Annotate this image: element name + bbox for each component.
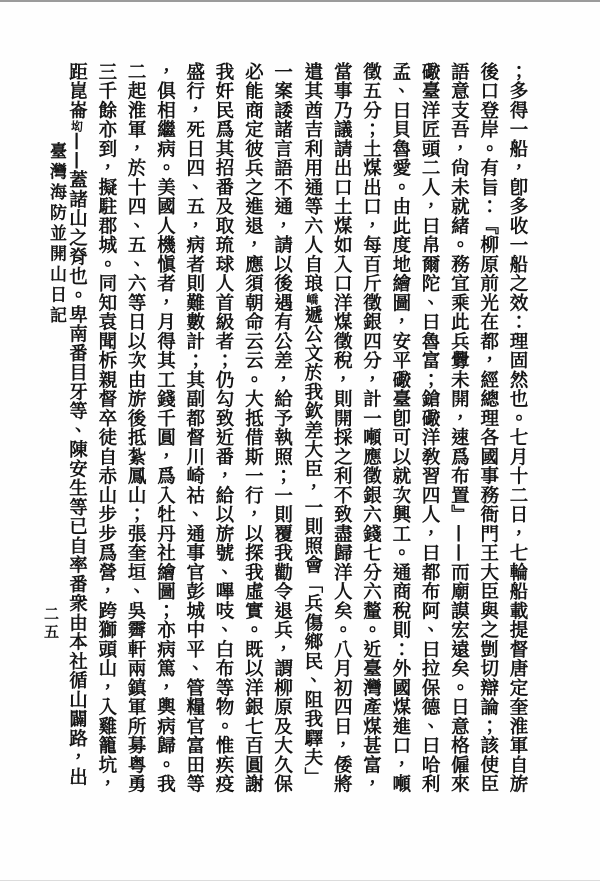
- inline-small-character: 㘭: [70, 120, 84, 132]
- text-column: 二起淮軍，於十四、五、六等日以次由旂後抵紮鳳山；張奎垣、吳霽軒兩鎮軍所募粤勇: [121, 62, 150, 795]
- text-column: 遣其酋吉利用通等六人自琅嶠遞公文於我欽差大臣，一則照會「兵傷鄉民、阻我驛夫」: [297, 62, 327, 795]
- text-column: 當事乃議請出口土煤如入口洋煤徵稅，則開採之利不致盡歸洋人矣。八月初四日，倭將: [327, 62, 356, 795]
- text-column: 徵五分；土煤出口，每百斤徵銀四分，計一噸應徵銀六錢七分六釐。近臺灣產煤甚富，: [356, 62, 385, 795]
- text-column: 後口登岸。有旨：『柳原前光在都，經總理各國事務衙門王大臣與之剴切辯論；該使臣: [473, 62, 502, 795]
- text-column: 我奸民爲其招番及取琉球人首級者；仍勾致近番，給以旂號、嗶吱、白布等物。惟疾疫: [209, 62, 238, 795]
- text-column: 盛行，死日四、五，病者則難數計；其副都督川崎祜、通事官彭城中平、管糧官富田等: [179, 62, 208, 795]
- main-text-block: ；多得一船，卽多收一船之效：理固然也。七月十二日，七輪船載提督唐定奎淮軍自旂後口…: [61, 62, 532, 795]
- scan-edge-line-top: [0, 0, 600, 2]
- page-number: 二五: [41, 606, 62, 642]
- text-column: 孟、曰貝魯愛。由此度地繪圖，安平礮臺卽可以就次興工。通商稅則：外國煤進口，噸: [386, 62, 415, 795]
- book-page: ；多得一船，卽多收一船之效：理固然也。七月十二日，七輪船載提督唐定奎淮軍自旂後口…: [0, 0, 600, 881]
- margin-book-title: 臺灣海防並開山日記: [44, 142, 69, 327]
- text-column: 必能商定彼兵之進退，應須朝命云云。大抵借斯一行，以探我虛實。既以洋銀七百圓謝: [238, 62, 267, 795]
- inline-small-character: 嶠: [305, 293, 319, 305]
- text-column: ，俱相繼病。美國人機愼者，月得其工錢千圓，爲入牡丹社繪圖；亦病篤，輿病歸。我: [150, 62, 179, 795]
- text-column: 一案諉諸言語不通，請以後遇有公差，給予執照；一則覆我勸令退兵，謂柳原及大久保: [267, 62, 296, 795]
- text-column: 三千餘亦到，擬駐郡城。同知袁聞柝親督卒徒自赤山步步爲營，跨獅頭山，入雞籠坑，: [92, 62, 121, 795]
- text-column: 語意支吾，尙未就緒。務宜乘此兵釁未開，速爲布置』——而廟謨宏遠矣。日意格僱來: [444, 62, 473, 795]
- text-column: 礮臺洋匠頭二人，曰帛爾陀、曰魯富；鎗礮洋敎習四人，曰都布阿、曰拉保德、曰哈利: [415, 62, 444, 795]
- text-column: ；多得一船，卽多收一船之效：理固然也。七月十二日，七輪船載提督唐定奎淮軍自旂: [503, 62, 532, 795]
